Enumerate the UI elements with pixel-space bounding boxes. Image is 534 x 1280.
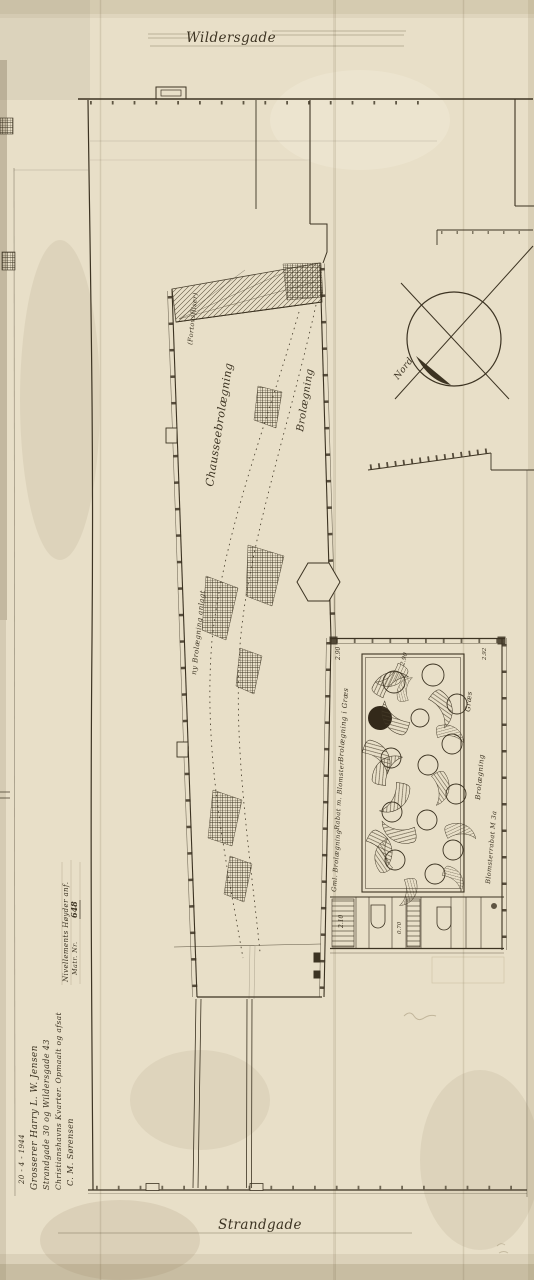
label-court-left-top: Brolægning i Græs (337, 687, 350, 763)
ornamental-garden (359, 654, 479, 910)
scale-note-line2: Matr. Nr. (71, 942, 79, 976)
title-block: 20 - 4 - 1944 Grosserer Harry L. W. Jens… (18, 1011, 75, 1190)
street-label-strandgade: Strandgade (218, 1217, 302, 1233)
title-block-address: Strandgade 30 og Wildersgade 43 (42, 1039, 51, 1190)
site-plan-drawing: Wildersgade Strandgade (0, 0, 534, 1280)
label-paving: Brolægning (295, 368, 316, 434)
compass-north-label: Nord (392, 356, 416, 383)
garden-flower-circles (381, 664, 467, 884)
dim-court-top-right: 2.92 (482, 647, 488, 661)
label-court-right-top: Græs (464, 691, 474, 712)
title-block-district: Christianshavns Kvarter. Opmaalt og afsa… (54, 1011, 63, 1190)
street-label-wildersgade: Wildersgade (186, 30, 276, 46)
courtyard-block (330, 637, 507, 983)
label-court-left-mid: Rabat m. Blomster (333, 761, 346, 831)
label-new-paving: ny Brolægning anlagt (190, 590, 207, 675)
scale-note-number: 648 (69, 901, 79, 918)
title-block-owner: Grosserer Harry L. W. Jensen (30, 1045, 40, 1190)
title-block-date: 20 - 4 - 1944 (18, 1134, 26, 1185)
scanned-site-plan: Wildersgade Strandgade (0, 0, 534, 1280)
dim-wing-door: 0.70 (397, 921, 403, 934)
title-block-signature: C. M. Sørensen (66, 1118, 75, 1186)
wc-fixture (371, 905, 385, 928)
wc-fixture (437, 907, 451, 930)
label-court-right-bottom: Blomsterrabat M 3a (484, 810, 498, 885)
scale-note: Nivellements Høyder anf. Matr. Nr. 648 (62, 860, 80, 985)
site-boundaries (0, 87, 534, 1197)
label-chaussee-paving: Chausseebrolægning (203, 362, 235, 488)
label-court-left-bottom: Gml. Brolægning (330, 829, 342, 892)
dim-court-top-left: 2.90 (335, 646, 342, 661)
label-court-right-mid: Brolægning (474, 754, 486, 801)
dim-wing-stair: 2.10 (338, 914, 345, 929)
paper-stains (0, 0, 534, 1280)
scale-note-line1: Nivellements Høyder anf. (62, 882, 70, 983)
stair-hatch (407, 899, 420, 947)
compass-circle (407, 292, 501, 386)
street-labels: Wildersgade Strandgade (58, 30, 412, 1233)
main-building (166, 263, 340, 1188)
